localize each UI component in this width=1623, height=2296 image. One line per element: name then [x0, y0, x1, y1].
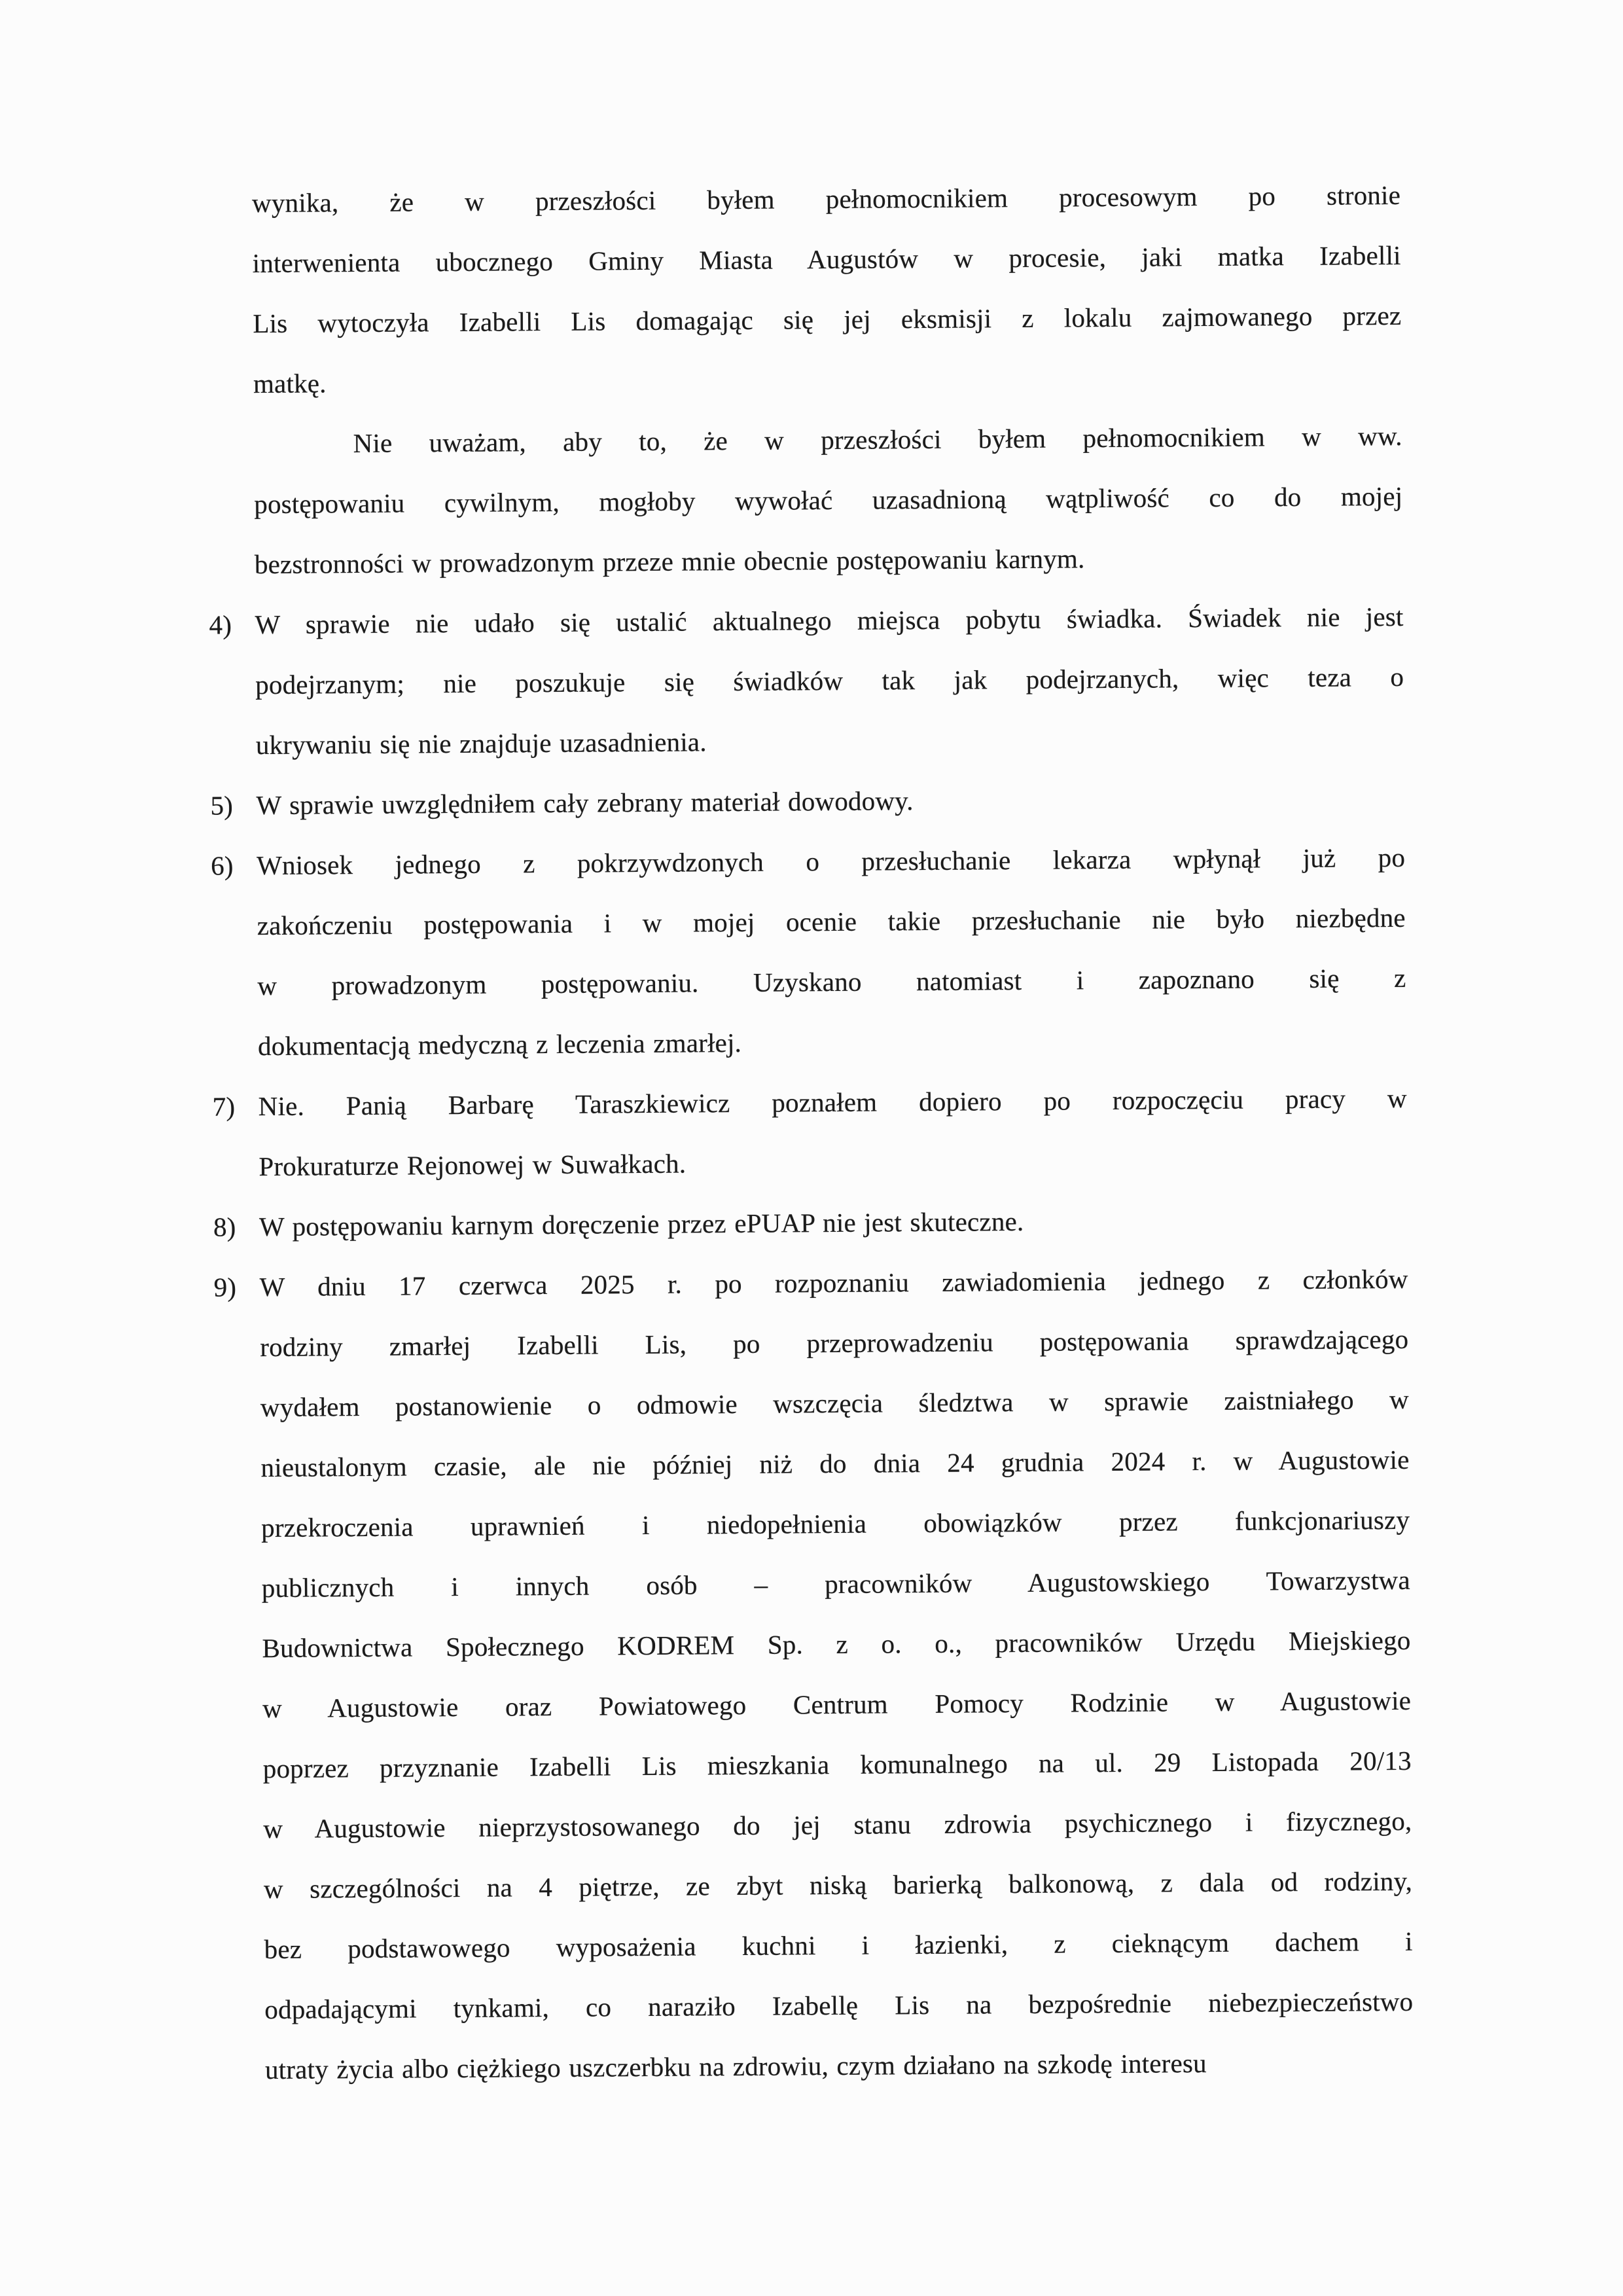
list-item-number: 6)	[211, 835, 234, 895]
text-line: bezstronności w prowadzonym przeze mnie …	[255, 526, 1404, 594]
paragraph: wynika, że w przeszłości byłem pełnomocn…	[252, 165, 1402, 414]
numbered-paragraph: 9)W dniu 17 czerwca 2025 r. po rozpoznan…	[259, 1249, 1414, 2100]
text-line: wynika, że w przeszłości byłem pełnomocn…	[252, 165, 1401, 233]
list-item-number: 9)	[213, 1257, 236, 1317]
text-line: ukrywaniu się nie znajduje uzasadnienia.	[256, 707, 1405, 775]
text-line: w szczególności na 4 piętrze, ze zbyt ni…	[264, 1851, 1413, 1919]
numbered-paragraph: 4)W sprawie nie udało się ustalić aktual…	[255, 586, 1404, 775]
text-line: poprzez przyznanie Izabelli Lis mieszkan…	[262, 1731, 1412, 1799]
text-line: Nie uważam, aby to, że w przeszłości był…	[253, 406, 1402, 474]
text-line: W sprawie uwzględniłem cały zebrany mate…	[256, 767, 1405, 835]
text-line: odpadającymi tynkami, co naraziło Izabel…	[264, 1971, 1414, 2039]
text-line: interwenienta ubocznego Gminy Miasta Aug…	[252, 225, 1401, 293]
numbered-paragraph: 6)Wniosek jednego z pokrzywdzonych o prz…	[257, 827, 1407, 1076]
text-line: w Augustowie nieprzystosowanego do jej s…	[263, 1791, 1412, 1859]
numbered-paragraph: 7)Nie. Panią Barbarę Taraszkiewicz pozna…	[258, 1068, 1407, 1196]
text-line: W dniu 17 czerwca 2025 r. po rozpoznaniu…	[259, 1249, 1408, 1317]
paragraph: Nie uważam, aby to, że w przeszłości był…	[253, 406, 1403, 594]
text-line: Wniosek jednego z pokrzywdzonych o przes…	[257, 827, 1406, 895]
document-body: wynika, że w przeszłości byłem pełnomocn…	[252, 165, 1414, 2100]
text-line: podejrzanym; nie poszukuje się świadków …	[255, 647, 1404, 715]
text-line: Prokuraturze Rejonowej w Suwałkach.	[259, 1128, 1408, 1196]
text-line: postępowaniu cywilnym, mogłoby wywołać u…	[254, 466, 1403, 534]
text-line: wydałem postanowienie o odmowie wszczęci…	[260, 1369, 1410, 1437]
text-line: w prowadzonym postępowaniu. Uzyskano nat…	[257, 948, 1406, 1016]
list-item-number: 7)	[212, 1076, 235, 1136]
document-page: wynika, że w przeszłości byłem pełnomocn…	[0, 0, 1623, 2296]
text-line: bez podstawowego wyposażenia kuchni i ła…	[264, 1911, 1413, 1979]
text-line: matkę.	[253, 346, 1402, 414]
text-line: W sprawie nie udało się ustalić aktualne…	[255, 586, 1404, 655]
text-line: Nie. Panią Barbarę Taraszkiewicz poznałe…	[258, 1068, 1407, 1136]
list-item-number: 4)	[209, 594, 232, 655]
text-line: przekroczenia uprawnień i niedopełnienia…	[261, 1490, 1410, 1558]
text-line: dokumentacją medyczną z leczenia zmarłej…	[258, 1008, 1407, 1076]
numbered-paragraph: 8)W postępowaniu karnym doręczenie przez…	[259, 1189, 1408, 1257]
text-line: Lis wytoczyła Izabelli Lis domagając się…	[253, 285, 1402, 353]
text-line: W postępowaniu karnym doręczenie przez e…	[259, 1189, 1408, 1257]
text-line: w Augustowie oraz Powiatowego Centrum Po…	[262, 1670, 1412, 1738]
list-item-number: 8)	[213, 1196, 236, 1257]
text-line: publicznych i innych osób – pracowników …	[262, 1550, 1411, 1618]
text-line: utraty życia albo ciężkiego uszczerbku n…	[265, 2032, 1414, 2100]
list-item-number: 5)	[210, 775, 233, 835]
text-line: rodziny zmarłej Izabelli Lis, po przepro…	[260, 1309, 1409, 1377]
text-line: Budownictwa Społecznego KODREM Sp. z o. …	[262, 1610, 1411, 1678]
text-line: nieustalonym czasie, ale nie później niż…	[260, 1429, 1410, 1498]
text-line: zakończeniu postępowania i w mojej oceni…	[257, 888, 1406, 956]
numbered-paragraph: 5)W sprawie uwzględniłem cały zebrany ma…	[256, 767, 1405, 835]
